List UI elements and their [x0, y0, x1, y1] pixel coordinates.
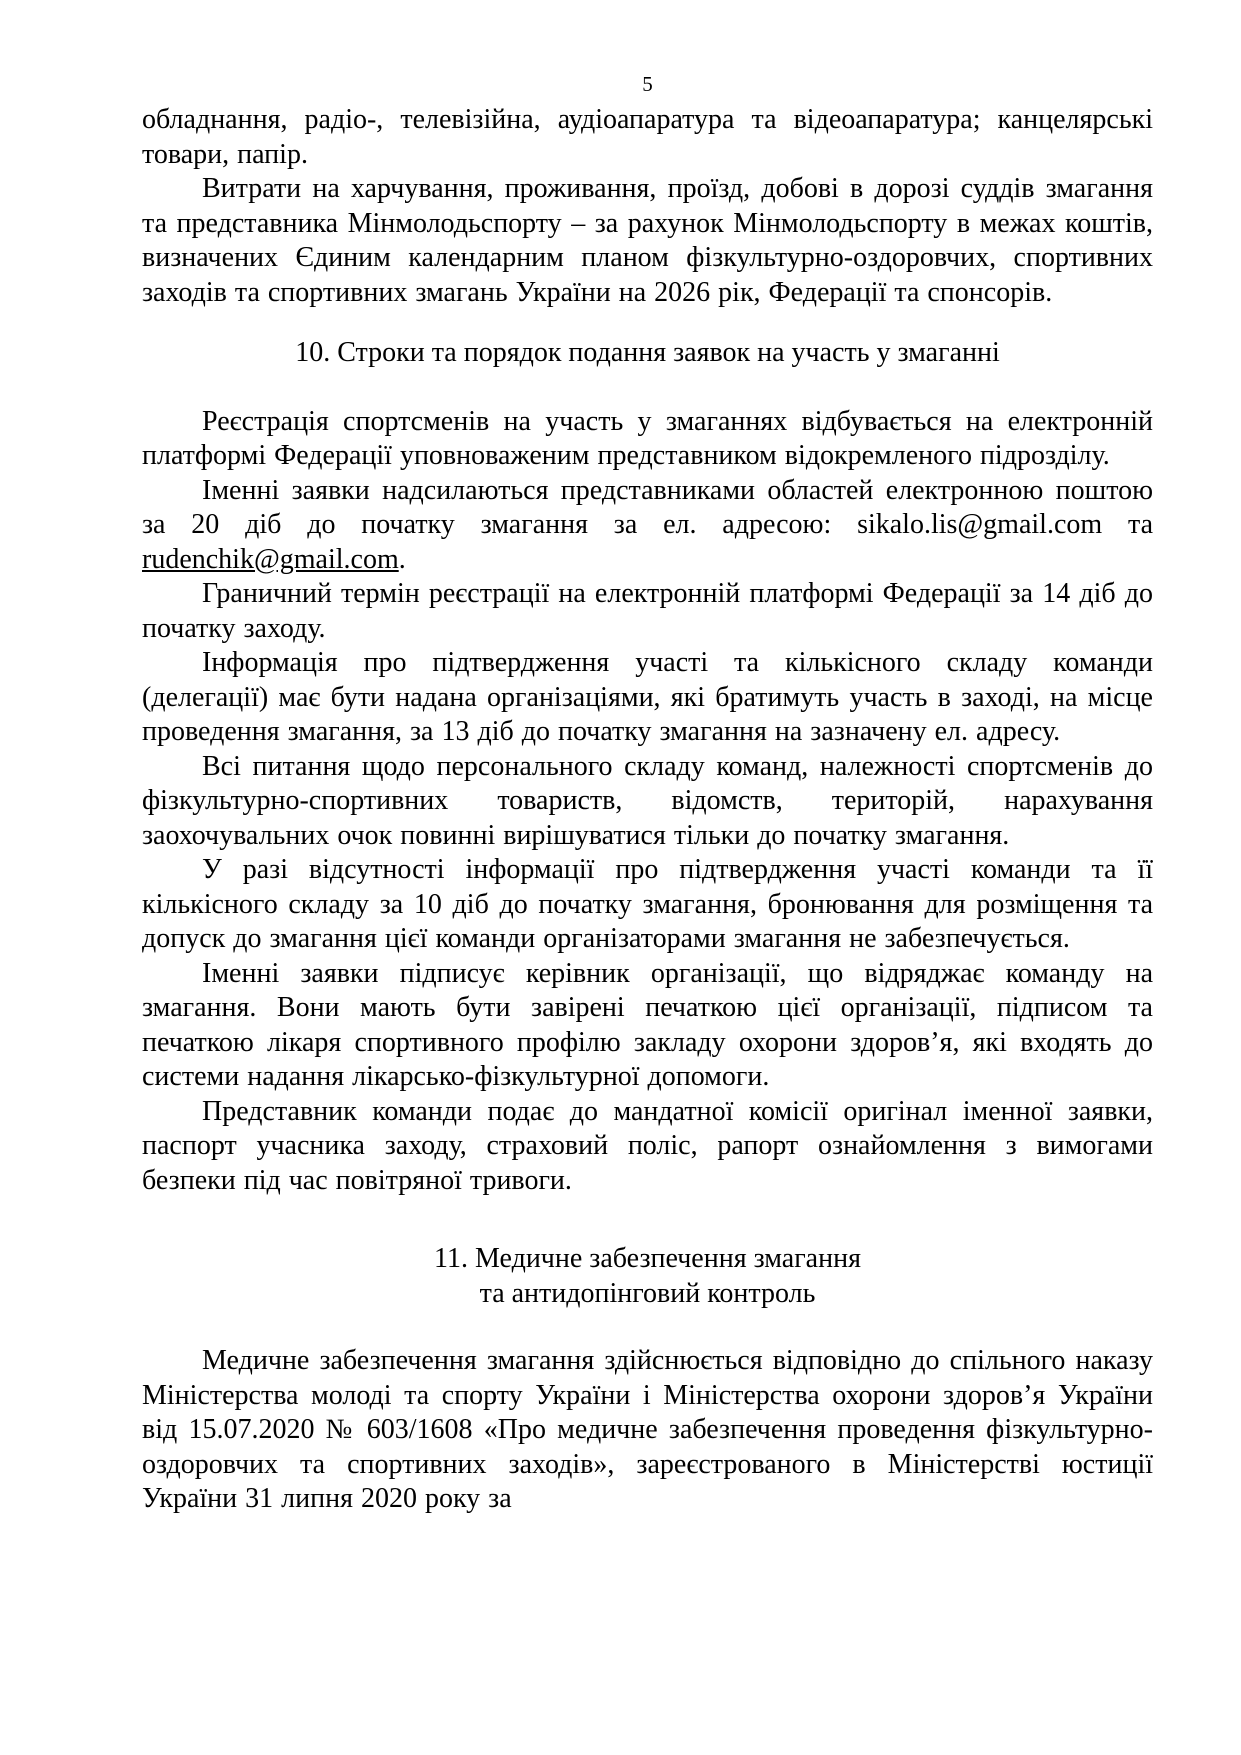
paragraph-registration-deadline: Граничний термін реєстрації на електронн… [142, 577, 1153, 646]
document-page: 5 обладнання, радіо-, телевізійна, аудіо… [0, 0, 1241, 1755]
section-heading-11-line1: 11. Медичне забезпечення змагання [142, 1242, 1153, 1277]
paragraph-equipment-continuation: обладнання, радіо-, телевізійна, аудіоап… [142, 103, 1153, 172]
paragraph-entries-email: Іменні заявки надсилаються представникам… [142, 474, 1153, 578]
entries-email-text-after: . [399, 544, 406, 575]
paragraph-entries-signing: Іменні заявки підписує керівник організа… [142, 957, 1153, 1095]
section-heading-11: 11. Медичне забезпечення змагання та ант… [142, 1242, 1153, 1311]
paragraph-participation-confirmation: Інформація про підтвердження участі та к… [142, 646, 1153, 750]
section-heading-10: 10. Строки та порядок подання заявок на … [142, 336, 1153, 371]
paragraph-no-confirmation-consequences: У разі відсутності інформації про підтве… [142, 853, 1153, 957]
paragraph-medical-support: Медичне забезпечення змагання здійснюєть… [142, 1344, 1153, 1517]
email-address-sikalo: sikalo.lis@gmail.com [857, 509, 1102, 540]
section-heading-11-line2: та антидопінговий контроль [142, 1277, 1153, 1312]
paragraph-registration-platform: Реєстрація спортсменів на участь у змага… [142, 405, 1153, 474]
paragraph-team-composition-questions: Всі питання щодо персонального складу ко… [142, 750, 1153, 854]
paragraph-mandate-commission-documents: Представник команди подає до мандатної к… [142, 1095, 1153, 1199]
entries-email-text-between: та [1102, 509, 1153, 540]
paragraph-expenses: Витрати на харчування, проживання, проїз… [142, 172, 1153, 310]
email-link-rudenchik[interactable]: rudenchik@gmail.com [142, 544, 399, 575]
page-number: 5 [142, 72, 1153, 96]
